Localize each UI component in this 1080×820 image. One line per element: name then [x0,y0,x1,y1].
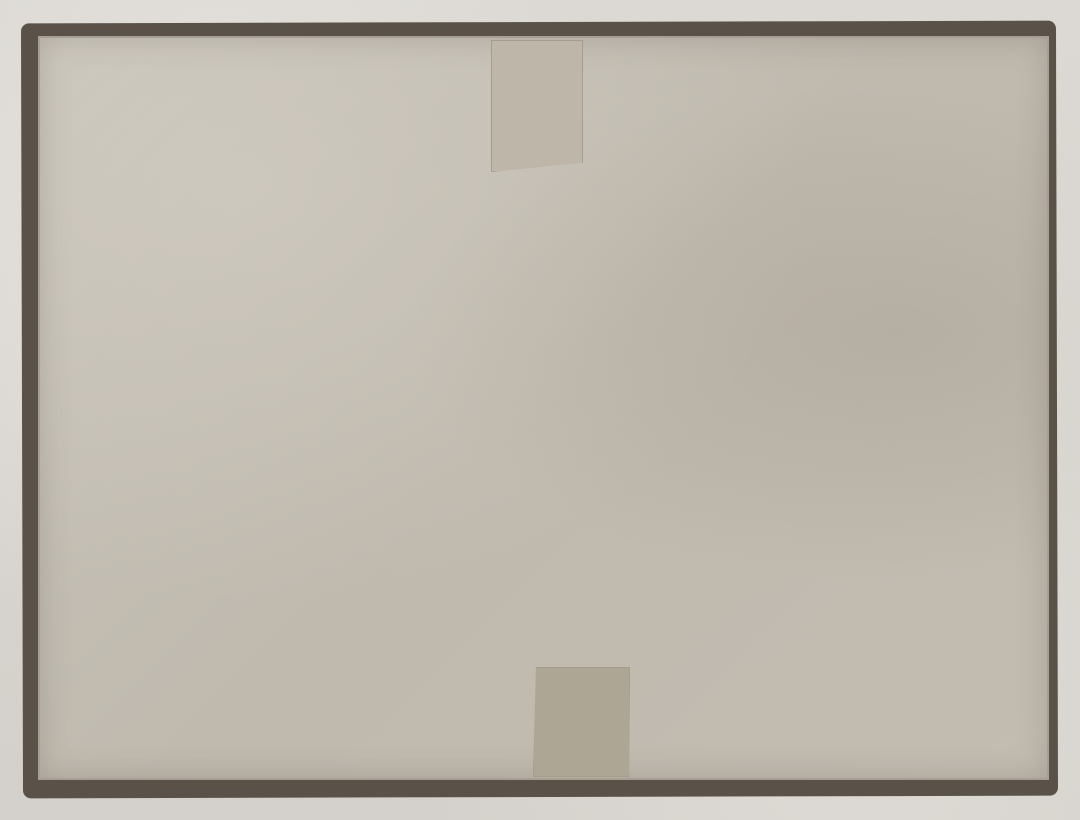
tape-top [491,40,583,172]
tape-bottom [533,667,630,777]
